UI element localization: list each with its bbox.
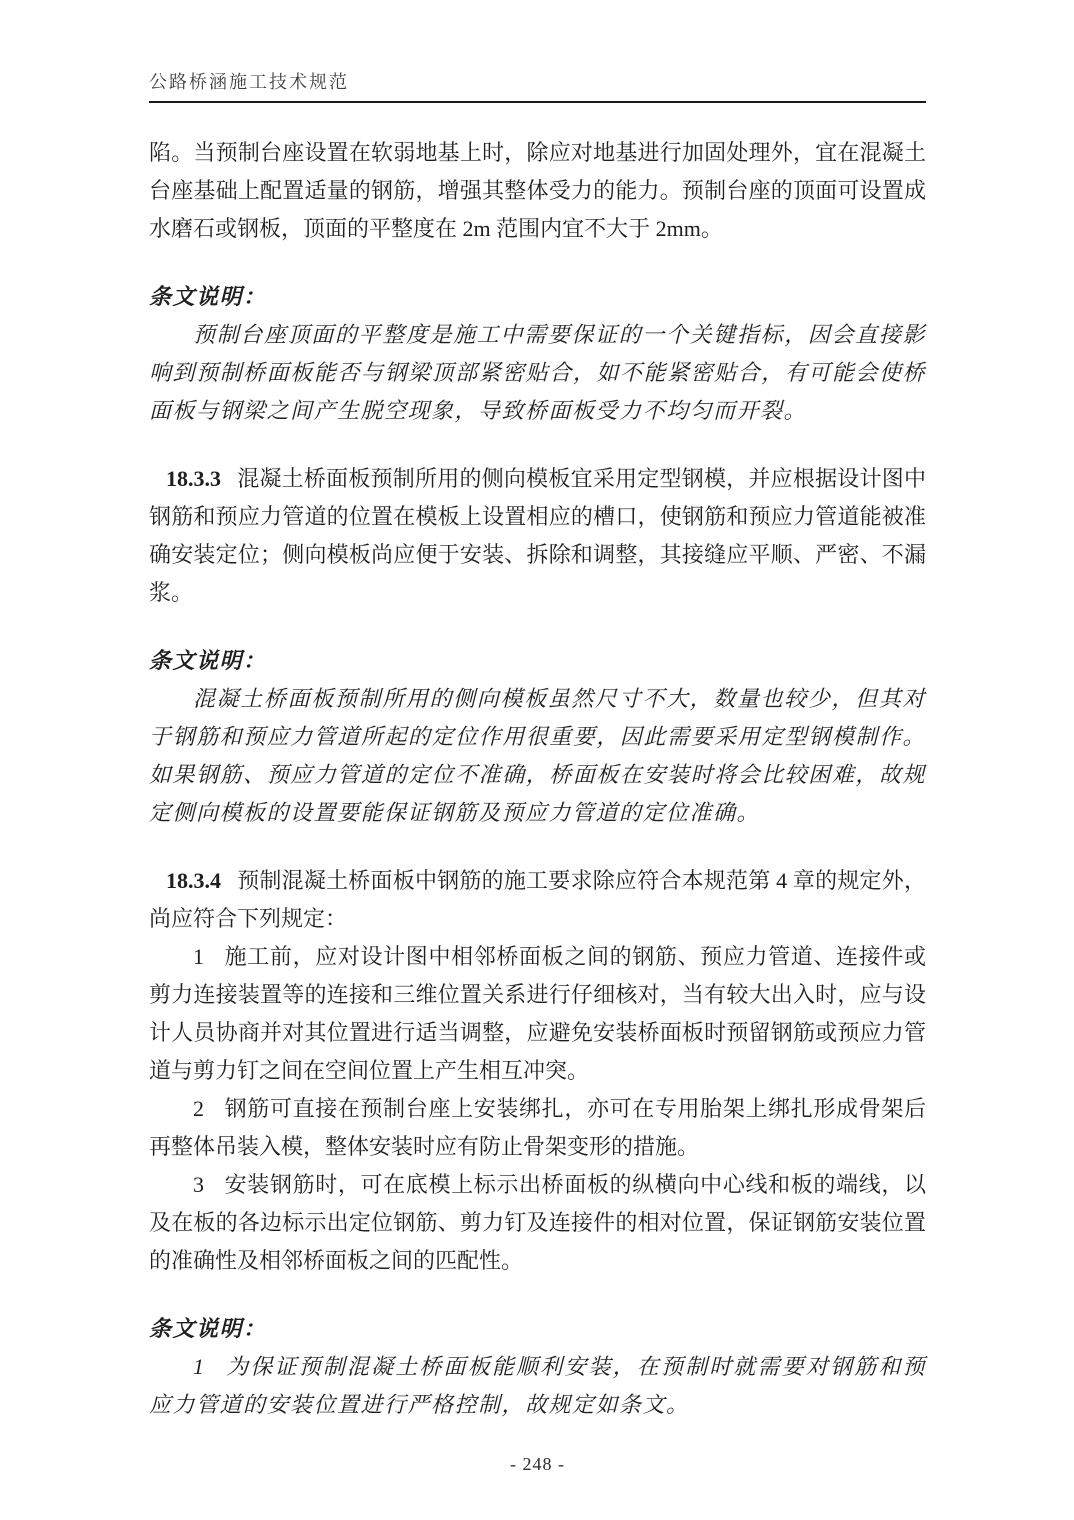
item-number: 3 <box>193 1172 204 1197</box>
clause-18-3-3: 18.3.3混凝土桥面板预制所用的侧向模板宜采用定型钢模，并应根据设计图中钢筋和… <box>149 460 926 612</box>
item-number: 2 <box>193 1096 204 1121</box>
continuation-paragraph: 陷。当预制台座设置在软弱地基上时，除应对地基进行加固处理外，宜在混凝土台座基础上… <box>149 134 926 248</box>
running-header-title: 公路桥涵施工技术规范 <box>149 70 926 94</box>
item-text: 为保证预制混凝土桥面板能顺利安装，在预制时就需要对钢筋和预应力管道的安装位置进行… <box>149 1354 926 1417</box>
item-text: 施工前，应对设计图中相邻桥面板之间的钢筋、预应力管道、连接件或剪力连接装置等的连… <box>149 944 926 1083</box>
note-body: 预制台座顶面的平整度是施工中需要保证的一个关键指标，因会直接影响到预制桥面板能否… <box>149 316 926 430</box>
document-page: 公路桥涵施工技术规范 陷。当预制台座设置在软弱地基上时，除应对地基进行加固处理外… <box>0 0 1074 1520</box>
clause-item-3: 3安装钢筋时，可在底模上标示出桥面板的纵横向中心线和板的端线，以及在板的各边标示… <box>149 1166 926 1280</box>
note-body: 混凝土桥面板预制所用的侧向模板虽然尺寸不大，数量也较少，但其对于钢筋和预应力管道… <box>149 680 926 832</box>
clause-number: 18.3.4 <box>166 868 221 893</box>
page-number: - 248 - <box>510 1454 565 1474</box>
item-text: 安装钢筋时，可在底模上标示出桥面板的纵横向中心线和板的端线，以及在板的各边标示出… <box>149 1172 926 1273</box>
clause-text: 预制混凝土桥面板中钢筋的施工要求除应符合本规范第 4 章的规定外，尚应符合下列规… <box>149 868 926 931</box>
item-number: 1 <box>193 1354 206 1379</box>
clause-18-3-4: 18.3.4预制混凝土桥面板中钢筋的施工要求除应符合本规范第 4 章的规定外，尚… <box>149 862 926 938</box>
clause-number: 18.3.3 <box>166 466 221 491</box>
note-heading: 条文说明： <box>149 642 926 680</box>
note-heading: 条文说明： <box>149 1310 926 1348</box>
clause-item-1: 1施工前，应对设计图中相邻桥面板之间的钢筋、预应力管道、连接件或剪力连接装置等的… <box>149 938 926 1090</box>
page-header: 公路桥涵施工技术规范 <box>149 0 926 103</box>
clause-item-2: 2钢筋可直接在预制台座上安装绑扎，亦可在专用胎架上绑扎形成骨架后再整体吊装入模，… <box>149 1090 926 1166</box>
item-text: 钢筋可直接在预制台座上安装绑扎，亦可在专用胎架上绑扎形成骨架后再整体吊装入模，整… <box>149 1096 926 1159</box>
note-item-1: 1为保证预制混凝土桥面板能顺利安装，在预制时就需要对钢筋和预应力管道的安装位置进… <box>149 1348 926 1424</box>
item-number: 1 <box>193 944 204 969</box>
header-rule <box>149 101 926 103</box>
clause-text: 混凝土桥面板预制所用的侧向模板宜采用定型钢模，并应根据设计图中钢筋和预应力管道的… <box>149 466 926 605</box>
note-heading: 条文说明： <box>149 278 926 316</box>
content-column: 公路桥涵施工技术规范 陷。当预制台座设置在软弱地基上时，除应对地基进行加固处理外… <box>149 0 926 1475</box>
page-footer: - 248 - <box>149 1454 926 1475</box>
document-body: 陷。当预制台座设置在软弱地基上时，除应对地基进行加固处理外，宜在混凝土台座基础上… <box>149 134 926 1424</box>
